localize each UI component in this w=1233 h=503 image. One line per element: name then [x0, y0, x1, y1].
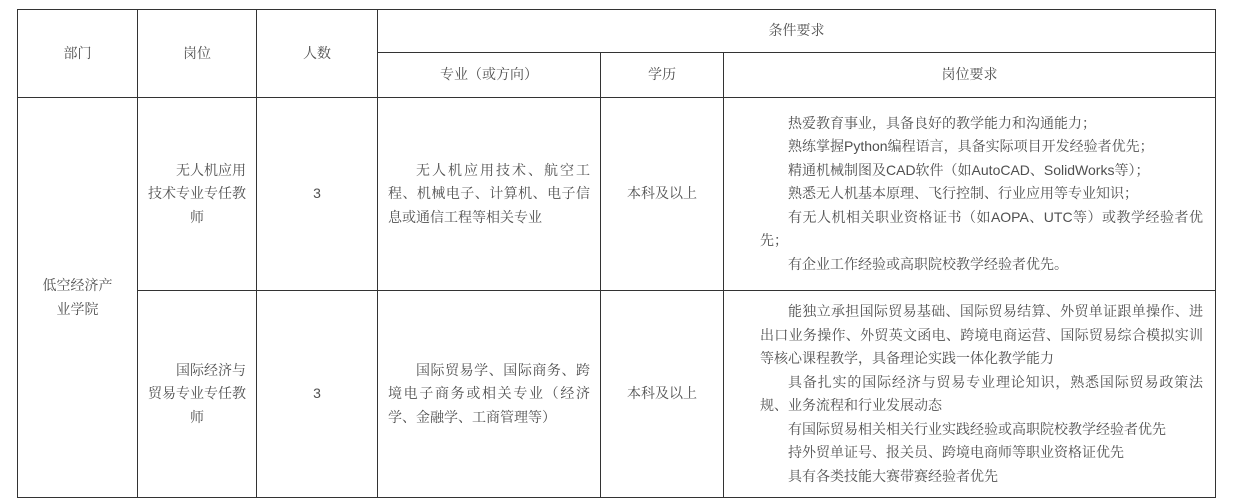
cell-job-requirements: 能独立承担国际贸易基础、国际贸易结算、外贸单证跟单操作、进出口业务操作、外贸英文…	[724, 291, 1216, 498]
recruitment-table: 部门 岗位 人数 条件要求 专业（或方向） 学历 岗位要求 低空经济产业学院 无…	[17, 9, 1216, 498]
cell-department: 低空经济产业学院	[18, 98, 138, 498]
header-headcount: 人数	[257, 10, 378, 98]
cell-headcount: 3	[257, 291, 378, 498]
header-education: 学历	[601, 53, 724, 98]
requirement-line: 能独立承担国际贸易基础、国际贸易结算、外贸单证跟单操作、进出口业务操作、外贸英文…	[760, 300, 1203, 371]
requirement-line: 具备扎实的国际经济与贸易专业理论知识，熟悉国际贸易政策法规、业务流程和行业发展动…	[760, 371, 1203, 418]
requirement-line: 热爱教育事业，具备良好的教学能力和沟通能力；	[760, 112, 1203, 136]
table-row: 国际经济与贸易专业专任教师 3 国际贸易学、国际商务、跨境电子商务或相关专业（经…	[18, 291, 1216, 498]
table-row: 低空经济产业学院 无人机应用技术专业专任教师 3 无人机应用技术、航空工程、机械…	[18, 98, 1216, 291]
cell-education: 本科及以上	[601, 98, 724, 291]
cell-position: 国际经济与贸易专业专任教师	[138, 291, 257, 498]
header-department: 部门	[18, 10, 138, 98]
requirement-line: 有企业工作经验或高职院校教学经验者优先。	[760, 253, 1203, 277]
cell-position: 无人机应用技术专业专任教师	[138, 98, 257, 291]
cell-headcount: 3	[257, 98, 378, 291]
header-row-top: 部门 岗位 人数 条件要求	[18, 10, 1216, 53]
header-position: 岗位	[138, 10, 257, 98]
requirement-line: 有无人机相关职业资格证书（如AOPA、UTC等）或教学经验者优先；	[760, 206, 1203, 253]
requirement-line: 熟练掌握Python编程语言，具备实际项目开发经验者优先；	[760, 135, 1203, 159]
cell-education: 本科及以上	[601, 291, 724, 498]
requirement-line: 精通机械制图及CAD软件（如AutoCAD、SolidWorks等）；	[760, 159, 1203, 183]
requirement-line: 有国际贸易相关相关行业实践经验或高职院校教学经验者优先	[760, 418, 1203, 442]
requirement-line: 持外贸单证号、报关员、跨境电商师等职业资格证优先	[760, 441, 1203, 465]
header-requirements-group: 条件要求	[378, 10, 1216, 53]
requirement-line: 具有各类技能大赛带赛经验者优先	[760, 465, 1203, 489]
cell-job-requirements: 热爱教育事业，具备良好的教学能力和沟通能力； 熟练掌握Python编程语言，具备…	[724, 98, 1216, 291]
cell-major: 国际贸易学、国际商务、跨境电子商务或相关专业（经济学、金融学、工商管理等）	[378, 291, 601, 498]
cell-major: 无人机应用技术、航空工程、机械电子、计算机、电子信息或通信工程等相关专业	[378, 98, 601, 291]
header-job-requirements: 岗位要求	[724, 53, 1216, 98]
header-major: 专业（或方向）	[378, 53, 601, 98]
requirement-line: 熟悉无人机基本原理、飞行控制、行业应用等专业知识；	[760, 182, 1203, 206]
